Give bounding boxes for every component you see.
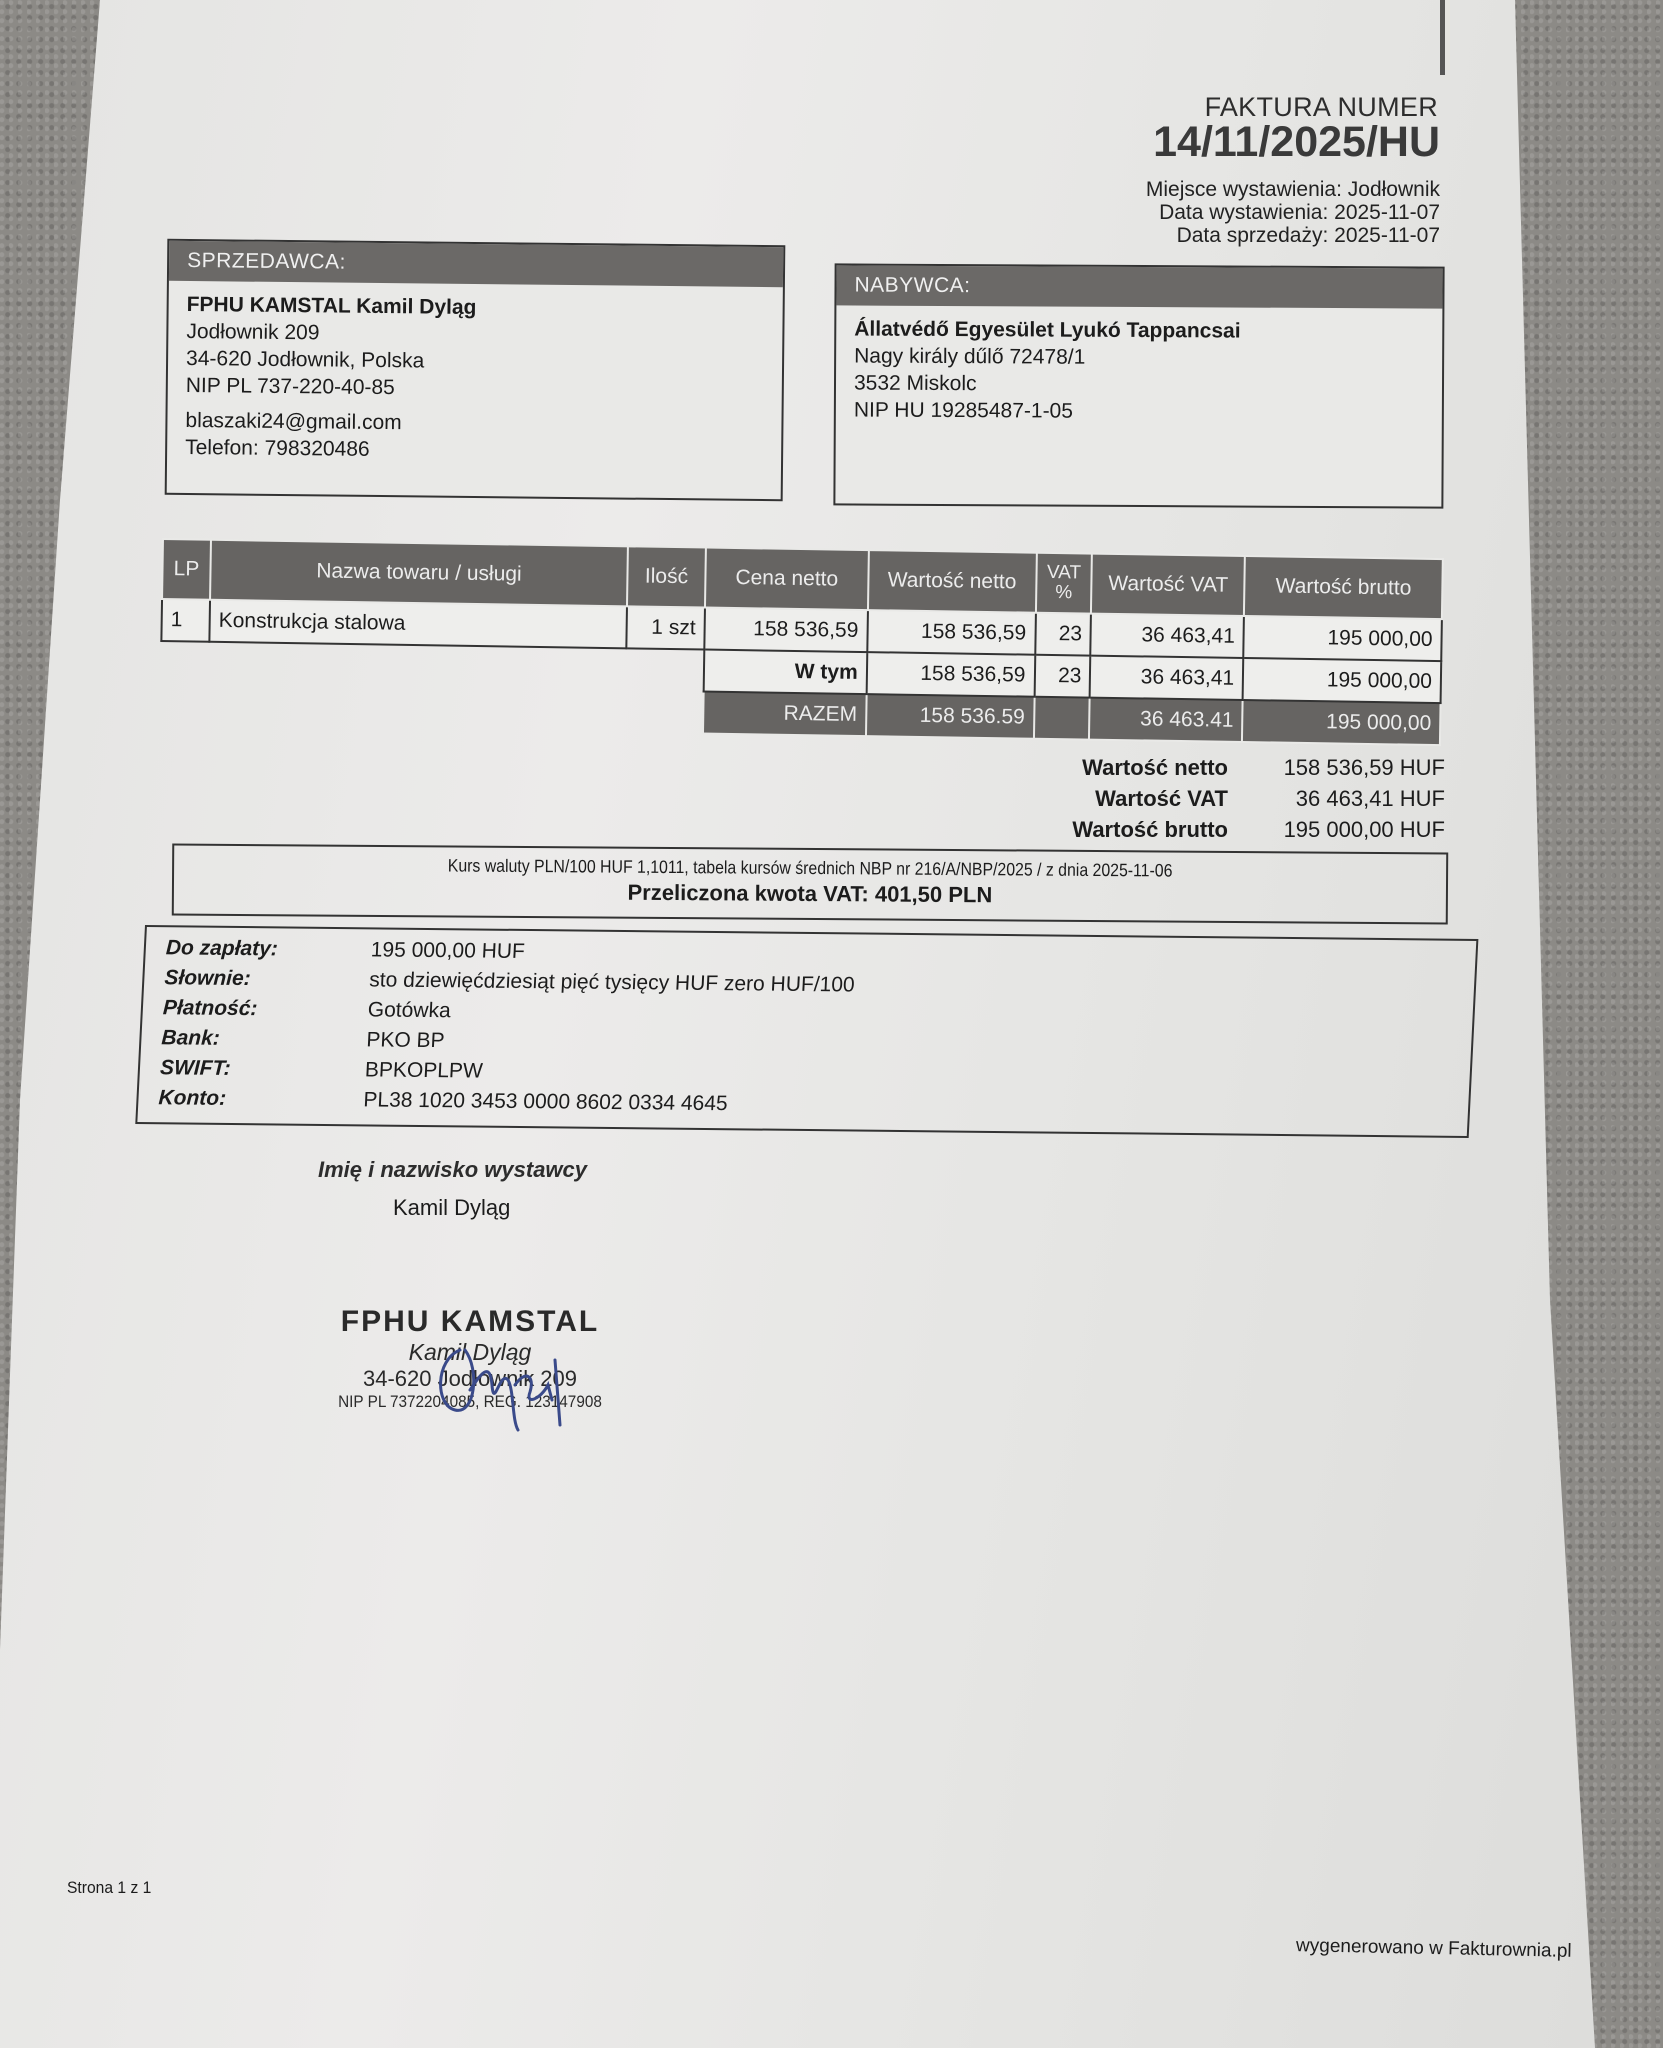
issuer-name: Kamil Dyląg [393,1195,510,1221]
handwritten-signature [430,1330,590,1440]
buyer-heading: NABYWCA: [836,265,1442,308]
total-net-label: Wartość netto [1082,752,1228,783]
cell-gross: 195 000,00 [1244,616,1442,661]
totals-summary: Wartość netto158 536,59 HUF Wartość VAT3… [1072,752,1445,845]
seller-heading: SPRZEDAWCA: [169,241,783,287]
cell-unit-net: 158 536,59 [704,608,867,653]
total-gross-label: Wartość brutto [1072,814,1228,845]
seller-phone: Telefon: 798320486 [185,434,763,467]
in-which-vat: 36 463,41 [1090,656,1243,700]
col-vat-rate: VAT % [1035,553,1092,614]
buyer-nip: NIP HU 19285487-1-05 [854,397,1424,427]
sale-date: Data sprzedaży: 2025-11-07 [1146,224,1440,247]
total-net: 158 536.59 [866,694,1034,739]
invoice-number: 14/11/2025/HU [1153,118,1440,167]
buyer-address-1: Nagy király dűlő 72478/1 [854,343,1424,373]
paper-edge-mark [1440,0,1445,75]
exchange-rate-box: Kurs waluty PLN/100 HUF 1,1011, tabela k… [172,844,1448,925]
col-qty: Ilość [627,546,706,607]
seller-box: SPRZEDAWCA: FPHU KAMSTAL Kamil Dyląg Jod… [165,239,786,501]
buyer-name: Állatvédő Egyesület Lyukó Tappancsai [854,316,1424,346]
col-name: Nazwa towaru / usługi [210,540,628,607]
total-gross-value: 195 000,00 HUF [1250,814,1445,845]
col-unit-net: Cena netto [705,548,869,611]
total-net-value: 158 536,59 HUF [1250,752,1445,783]
seller-nip: NIP PL 737-220-40-85 [186,372,764,405]
cell-vat: 36 463,41 [1091,614,1244,658]
total-label: RAZEM [703,692,866,737]
in-which-label: W tym [704,650,867,695]
cell-vat-rate: 23 [1035,613,1092,656]
in-which-gross: 195 000,00 [1243,658,1441,703]
in-which-vat-rate: 23 [1034,655,1091,698]
total-vat-value: 36 463,41 HUF [1250,783,1445,814]
buyer-address-2: 3532 Miskolc [854,370,1424,400]
issue-place: Miejsce wystawienia: Jodłownik [1146,178,1440,201]
issuer-label: Imię i nazwisko wystawcy [318,1157,587,1183]
col-net: Wartość netto [868,550,1037,613]
issue-date: Data wystawienia: 2025-11-07 [1146,201,1440,224]
total-vat-label: Wartość VAT [1095,783,1228,814]
col-lp: LP [162,539,211,600]
col-vat: Wartość VAT [1091,554,1245,616]
total-vat: 36 463.41 [1089,698,1242,742]
page-number: Strona 1 z 1 [67,1878,151,1898]
cell-lp: 1 [161,599,210,642]
invoice-meta: Miejsce wystawienia: Jodłownik Data wyst… [1146,178,1440,247]
in-which-net: 158 536,59 [866,652,1034,697]
buyer-box: NABYWCA: Állatvédő Egyesület Lyukó Tappa… [833,263,1444,508]
cell-qty: 1 szt [626,606,705,649]
total-vat-rate-empty [1033,697,1090,740]
total-gross: 195 000,00 [1242,700,1440,745]
cell-net: 158 536,59 [867,610,1035,655]
col-gross: Wartość brutto [1244,556,1443,619]
payment-box: Do zapłaty:195 000,00 HUF Słownie:sto dz… [135,925,1478,1138]
items-table: LP Nazwa towaru / usługi Ilość Cena nett… [159,538,1444,746]
cell-name: Konstrukcja stalowa [209,600,627,649]
